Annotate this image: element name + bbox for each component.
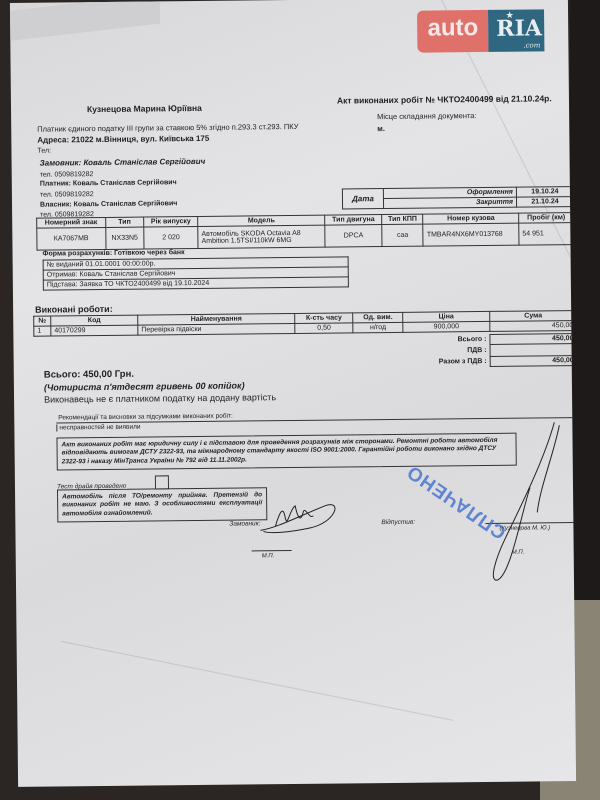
work-hours: 0,50	[295, 323, 354, 334]
col-year: Рік випуску	[144, 216, 198, 227]
vat-value	[490, 344, 576, 357]
col-engine: Тип двигуна	[325, 215, 382, 226]
vat-label: ПДВ :	[394, 344, 491, 357]
seal-label-left: М.П.	[262, 553, 275, 559]
star-icon: ★	[506, 10, 513, 20]
paper-crease	[61, 641, 453, 721]
payment-basis: Підстава: Заявка ТО ЧКТО2400499 від 19.1…	[43, 277, 348, 290]
gearbox-value: сaa	[382, 224, 424, 246]
document-page: auto ★RIA.com Кузнецова Марина Юріївна П…	[10, 0, 576, 787]
col-unit: Од. вим.	[353, 312, 403, 323]
engine-value: DPCA	[325, 225, 382, 248]
work-unit: н/год	[353, 322, 403, 333]
customer-phone: тел. 0509819282	[40, 171, 94, 179]
summary-in-words: (Чотириста п'ятдесят гривень 00 копійок)	[44, 381, 245, 393]
totals-table: Всього : 450,00 ПДВ : Разом з ПДВ : 450,…	[393, 333, 576, 368]
recommendations-value: несправностей не виявили	[56, 424, 140, 432]
col-hours: К-сть часу	[295, 313, 354, 324]
vehicle-table: Номерний знак Тип Рік випуску Модель Тип…	[36, 212, 574, 251]
issuer-address: Адреса: 21022 м.Вінниця, вул. Київська 1…	[37, 134, 209, 145]
customer-signature	[255, 497, 345, 538]
total-vat-value: 450,00	[490, 356, 576, 367]
date-label: Дата	[342, 189, 383, 209]
created-date: 19.10.24	[516, 187, 573, 198]
col-gearbox: Тип КПП	[382, 214, 423, 224]
payer: Платник: Коваль Станіслав Сергійович	[40, 179, 177, 187]
place-label: Місце складання документа:	[377, 111, 477, 121]
col-number: №	[34, 316, 51, 326]
vehicle-row: КА7067МВ NX33N5 2 020 Автомобіль SKODA O…	[37, 223, 574, 251]
dates-table: Дата Оформлення 19.10.24 Закриття 21.10.…	[342, 186, 574, 209]
model-value: Автомобіль SKODA Octavia A8 Ambition 1.5…	[198, 225, 325, 248]
payment-table: № виданий 01.01.0001 00:00:00р. Отримав:…	[43, 256, 349, 290]
vat-note: Виконавець не є платником податку на дод…	[44, 392, 276, 404]
acceptance-notice: Автомобіль після ТО/ремонту прийняв. Пре…	[57, 487, 267, 523]
plate-value: КА7067МВ	[37, 227, 106, 250]
owner: Власник: Коваль Станіслав Сергійович	[40, 200, 177, 208]
summary-total: Всього: 450,00 Грн.	[44, 369, 134, 381]
work-name: Перевірка підвіски	[138, 323, 295, 335]
payment-form: Форма розрахунків: Готівкою через банк	[43, 249, 185, 257]
works-table: № Код Найменування К-сть часу Од. вим. Ц…	[33, 310, 576, 337]
work-number: 1	[34, 326, 51, 336]
executor-signature	[474, 417, 566, 588]
payer-phone: тел. 0509819282	[40, 191, 94, 199]
autoria-watermark: auto ★RIA.com	[417, 9, 544, 52]
closed-date: 21.10.24	[516, 197, 573, 208]
vin-value: TMBAR4NX6MY013768	[423, 223, 519, 246]
works-title: Виконані роботи:	[35, 304, 113, 315]
total-vat-label: Разом з ПДВ :	[394, 356, 491, 367]
customer: Замовник: Коваль Станіслав Сергійович	[40, 157, 206, 168]
issuer-name: Кузнецова Марина Юріївна	[87, 103, 202, 114]
released-label: Відпустив:	[381, 519, 415, 526]
work-sum: 450,00	[490, 321, 576, 332]
place-value: м.	[377, 124, 385, 133]
issuer-phone: Тел:	[37, 148, 51, 155]
paper-fold	[10, 0, 160, 41]
mileage-value: 54 951	[519, 223, 574, 246]
work-code: 40170299	[51, 325, 138, 336]
autoria-logo-auto: auto	[417, 10, 488, 53]
autoria-logo-ria: ★RIA.com	[488, 9, 544, 52]
seal-line-left	[252, 550, 292, 551]
issuer-tax-status: Платник єдиного податку ІІІ групи за ста…	[37, 122, 298, 134]
col-mileage: Пробіг (км)	[519, 213, 574, 224]
legal-notice: Акт виконаних робіт має юридичну силу і …	[56, 433, 516, 471]
work-price: 900,000	[403, 321, 490, 332]
act-title: Акт виконаних робіт № ЧКТО2400499 від 21…	[337, 93, 552, 105]
col-type: Тип	[105, 217, 144, 227]
closed-label: Закриття	[383, 197, 516, 208]
year-value: 2 020	[144, 226, 198, 249]
type-value: NX33N5	[105, 227, 144, 249]
